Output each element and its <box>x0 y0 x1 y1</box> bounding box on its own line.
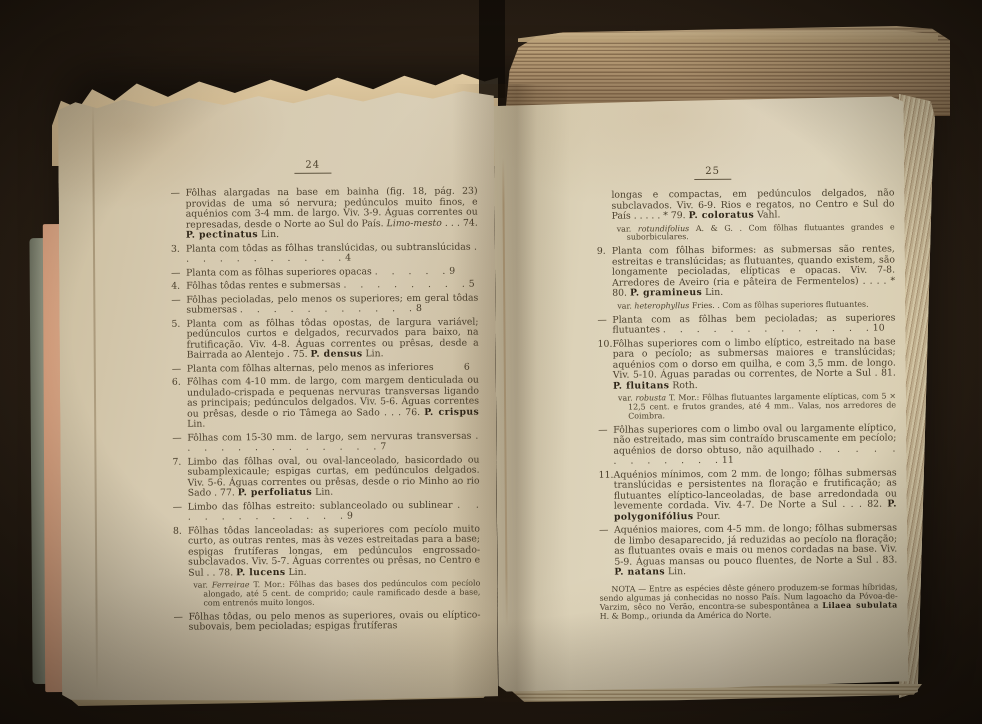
entry-text: Aquénios maiores, com 4-5 mm. de longo; … <box>614 523 897 568</box>
entry-text: 9 <box>446 265 455 276</box>
entry-text: 5 <box>466 279 475 290</box>
entry-marker: — <box>171 268 186 279</box>
entry-marker: — <box>174 612 189 623</box>
entry-marker: 10. <box>598 339 613 350</box>
entry-text: Fôlhas tôdas lanceoladas: as superiores … <box>188 523 480 578</box>
key-entry: —Fôlhas pecioladas, pelo menos os superi… <box>171 293 478 316</box>
entry-text: Fôlhas superiores com o limbo elíptico, … <box>613 336 896 381</box>
entry-text: . . . . . . . . <box>343 279 465 291</box>
key-entry: 4.Fôlhas tôdas rentes e submersas . . . … <box>171 280 478 293</box>
species-name: P. gramineus <box>630 287 702 299</box>
key-entry: —Planta com as fôlhas superiores opacas … <box>171 266 478 279</box>
entry-text: . . . . . <box>375 265 447 276</box>
entry-text: Aquénios mínimos, com 2 mm. de longo; fô… <box>614 467 897 512</box>
entry-text: Roth. <box>669 380 697 391</box>
entry-marker: 8. <box>173 526 188 537</box>
entry-text: Planta com as fôlhas superiores opacas <box>186 266 375 278</box>
page-right-column: longas e compactas, em pedúnculos delgad… <box>596 188 897 624</box>
entry-text: Fôlhas tôdas rentes e submersas <box>186 280 343 292</box>
entry-text: T. Mor.: Fôlhas flutuantes largamente el… <box>628 392 896 421</box>
key-entry: longas e compactas, em pedúnculos delgad… <box>596 188 894 222</box>
entry-text: var. <box>617 301 634 310</box>
page-number-left: 24 <box>294 160 331 174</box>
entry-marker: 7. <box>172 457 187 468</box>
entry-text: Ferreirae <box>212 580 250 589</box>
page-number-right: 25 <box>694 166 731 180</box>
key-entry: var. robusta T. Mor.: Fôlhas flutuantes … <box>598 393 896 422</box>
entry-marker: 9. <box>597 247 612 258</box>
entry-text: . . . . . . . . . . . . . <box>663 323 870 336</box>
entry-text: 7 <box>377 441 386 452</box>
species-name: P. crispus <box>424 406 479 417</box>
species-name: Lilaea subulata <box>822 600 897 610</box>
key-entry: 6.Fôlhas com 4-10 mm. de largo, com marg… <box>172 376 479 431</box>
key-entry: 8.Fôlhas tôdas lanceoladas: as superiore… <box>173 524 480 579</box>
entry-text: Vahl. <box>754 209 780 220</box>
entry-text: Pour. <box>693 511 720 522</box>
entry-text: Lin. <box>187 419 205 430</box>
entry-text: 8 <box>413 303 422 314</box>
key-entry: NOTA — Entre as espécies dêste género pr… <box>600 583 898 621</box>
entry-text: robusta <box>635 393 666 402</box>
key-entry: —Fôlhas com 15-30 mm. de largo, sem nerv… <box>172 431 479 454</box>
left-page[interactable]: 24 —Fôlhas alargadas na base em bainha (… <box>58 86 498 703</box>
key-entry: —Planta com as fôlhas bem pecioladas; as… <box>597 313 895 336</box>
key-entry: —Fôlhas tôdas, ou pelo menos as superior… <box>174 610 481 633</box>
key-entry: —Planta com fôlhas alternas, pelo menos … <box>172 362 479 375</box>
entry-marker: — <box>598 426 613 437</box>
book-photo-scene: 24 —Fôlhas alargadas na base em bainha (… <box>0 0 982 724</box>
entry-text: Lin. <box>258 229 279 240</box>
entry-text: Lin. <box>312 487 333 498</box>
key-entry: —Limbo das fôlhas estreito: sublanceolad… <box>173 500 480 523</box>
binding-thread <box>502 158 508 628</box>
entry-marker: — <box>171 189 186 200</box>
entry-text: var. <box>193 580 212 589</box>
entry-text: . . . . . . . . . . . <box>240 303 413 315</box>
key-entry: 7.Limbo das fôlhas oval, ou oval-lanceol… <box>172 455 479 499</box>
entry-marker: 5. <box>171 319 186 330</box>
entry-text: 11 <box>719 455 734 466</box>
entry-marker: 4. <box>171 282 186 293</box>
entry-text: H. & Bomp., oriunda da América do Norte. <box>600 610 772 620</box>
entry-text: Lin. <box>702 287 723 298</box>
entry-text: Lin. <box>285 566 306 577</box>
key-entry: var. rotundifolius A. & G. . Com fôlhas … <box>597 223 895 243</box>
entry-marker: — <box>173 502 188 513</box>
entry-marker: — <box>172 433 187 444</box>
key-entry: 11.Aquénios mínimos, com 2 mm. de longo;… <box>599 468 897 523</box>
key-entry: 3.Planta com tôdas as fôlhas translúcida… <box>171 242 478 265</box>
species-name: P. natans <box>614 567 665 578</box>
key-entry: —Fôlhas superiores com o limbo oval ou l… <box>598 423 896 467</box>
entry-text: var. <box>618 394 636 403</box>
species-name: P. fluitans <box>613 380 670 391</box>
entry-marker: 11. <box>599 471 614 482</box>
entry-text: 10 <box>870 323 885 334</box>
entry-text: Planta com fôlhas alternas, pelo menos a… <box>187 361 434 374</box>
entry-marker: — <box>172 364 187 375</box>
entry-text: 4 <box>342 252 351 263</box>
species-name: P. coloratus <box>689 210 755 222</box>
entry-marker: — <box>597 315 612 326</box>
page-left-column: —Fôlhas alargadas na base em bainha (fig… <box>171 187 481 637</box>
entry-text: Lin. <box>362 348 383 359</box>
species-name: P. perfoliatus <box>238 487 312 499</box>
species-name: P. lucens <box>236 566 285 577</box>
spine-gap-shadow <box>479 0 505 98</box>
entry-text: Limo-mesto <box>387 217 442 228</box>
key-entry: —Fôlhas alargadas na base em bainha (fig… <box>171 187 478 242</box>
species-name: P. pectinatus <box>186 229 258 241</box>
key-entry: var. Ferreirae T. Mor.: Fôlhas das bases… <box>173 580 480 609</box>
entry-marker: 3. <box>171 244 186 255</box>
page-stack-top-highlight <box>518 30 938 42</box>
entry-text: . . . 74. <box>442 217 478 228</box>
species-name: P. densus <box>311 348 363 359</box>
entry-marker: — <box>599 526 614 537</box>
entry-text: Fries. . Com as fôlhas superiores flutua… <box>689 299 868 309</box>
key-entry: —Aquénios maiores, com 4-5 mm. de longo;… <box>599 524 897 579</box>
key-entry: 9.Planta com fôlhas biformes: as submers… <box>597 245 895 300</box>
right-page[interactable]: 25 longas e compactas, em pedúnculos del… <box>494 96 909 691</box>
entry-text: Fôlhas tôdas, ou pelo menos as superiore… <box>189 609 481 633</box>
entry-text: 9 <box>344 510 353 521</box>
entry-text: Lin. <box>665 567 686 578</box>
entry-text: heterophyllus <box>634 301 689 310</box>
left-page-crease <box>92 105 98 691</box>
entry-marker: — <box>171 295 186 306</box>
entry-text: var. <box>617 224 638 233</box>
key-entry: var. heterophyllus Fries. . Com as fôlha… <box>597 300 895 311</box>
key-entry: 10.Fôlhas superiores com o limbo elíptic… <box>598 337 896 392</box>
entry-marker: 6. <box>172 378 187 389</box>
key-entry: 5.Planta com as fôlhas tôdas opostas, de… <box>171 317 478 361</box>
